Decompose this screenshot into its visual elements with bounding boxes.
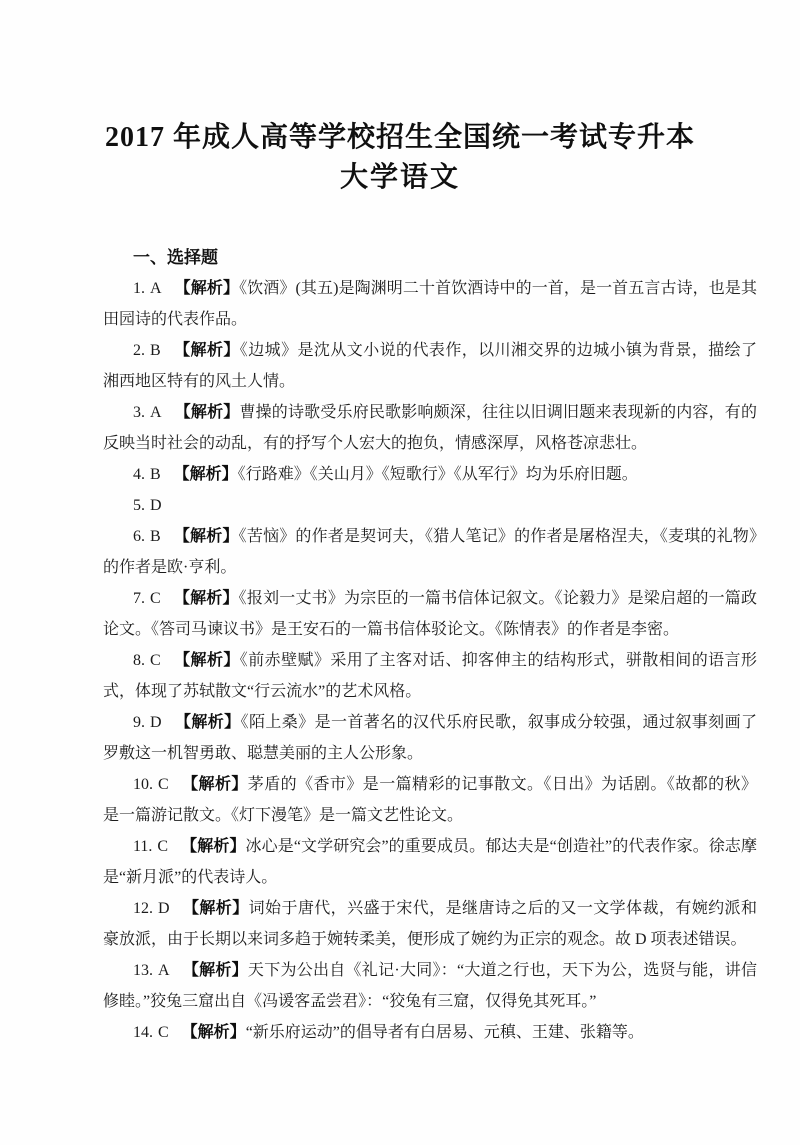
item-answer: C xyxy=(157,838,168,855)
item-number: 8. xyxy=(133,652,145,669)
item-answer: B xyxy=(150,528,161,545)
item-answer: C xyxy=(158,776,169,793)
analysis-label: 【解析】 xyxy=(183,962,248,979)
answer-item: 7.C【解析】《报刘一丈书》为宗臣的一篇书信体记叙文。《论毅力》是梁启超的一篇政… xyxy=(103,583,757,645)
analysis-label: 【解析】 xyxy=(175,404,240,421)
answer-item: 14.C【解析】“新乐府运动”的倡导者有白居易、元稹、王建、张籍等。 xyxy=(103,1017,757,1048)
item-number: 10. xyxy=(133,776,153,793)
document-body: 一、选择题 1.A【解析】《饮酒》(其五)是陶渊明二十首饮酒诗中的一首，是一首五… xyxy=(103,242,757,1048)
scanned-document-page: 2017 年成人高等学校招生全国统一考试专升本 大学语文 一、选择题 1.A【解… xyxy=(0,0,800,1145)
document-header: 2017 年成人高等学校招生全国统一考试专升本 大学语文 xyxy=(0,0,800,198)
analysis-label: 【解析】 xyxy=(182,776,248,793)
item-number: 11. xyxy=(133,838,152,855)
answer-item: 4.B【解析】《行路难》《关山月》《短歌行》《从军行》均为乐府旧题。 xyxy=(103,459,757,490)
answer-item: 1.A【解析】《饮酒》(其五)是陶渊明二十首饮酒诗中的一首，是一首五言古诗，也是… xyxy=(103,273,757,335)
item-answer: A xyxy=(150,280,162,297)
item-number: 13. xyxy=(133,962,153,979)
analysis-label: 【解析】 xyxy=(181,838,245,855)
item-number: 1. xyxy=(133,280,145,297)
answer-item: 2.B【解析】《边城》是沈从文小说的代表作，以川湘交界的边城小镇为背景，描绘了湘… xyxy=(103,335,757,397)
section-heading: 一、选择题 xyxy=(103,242,757,273)
answer-item: 13.A【解析】天下为公出自《礼记·大同》：“大道之行也，天下为公，选贤与能，讲… xyxy=(103,955,757,1017)
analysis-label: 【解析】 xyxy=(174,652,240,669)
item-answer: D xyxy=(150,714,162,731)
item-answer: B xyxy=(150,466,161,483)
answer-item: 12.D【解析】词始于唐代，兴盛于宋代，是继唐诗之后的又一文学体裁，有婉约派和豪… xyxy=(103,893,757,955)
item-number: 5. xyxy=(133,497,145,514)
item-number: 3. xyxy=(133,404,145,421)
item-number: 7. xyxy=(133,590,145,607)
answer-item: 9.D【解析】《陌上桑》是一首著名的汉代乐府民歌，叙事成分较强，通过叙事刻画了罗… xyxy=(103,707,757,769)
analysis-label: 【解析】 xyxy=(174,466,238,483)
item-number: 6. xyxy=(133,528,145,545)
item-answer: C xyxy=(150,590,161,607)
document-title-line2: 大学语文 xyxy=(0,158,800,198)
item-explanation: “新乐府运动”的倡导者有白居易、元稹、王建、张籍等。 xyxy=(246,1024,644,1041)
answer-item: 6.B【解析】《苦恼》的作者是契诃夫，《猎人笔记》的作者是屠格涅夫，《麦琪的礼物… xyxy=(103,521,757,583)
answer-list: 1.A【解析】《饮酒》(其五)是陶渊明二十首饮酒诗中的一首，是一首五言古诗，也是… xyxy=(103,273,757,1048)
item-number: 12. xyxy=(133,900,153,917)
answer-item: 11.C【解析】冰心是“文学研究会”的重要成员。郁达夫是“创造社”的代表作家。徐… xyxy=(103,831,757,893)
analysis-label: 【解析】 xyxy=(175,280,240,297)
item-number: 9. xyxy=(133,714,145,731)
analysis-label: 【解析】 xyxy=(174,528,239,545)
analysis-label: 【解析】 xyxy=(183,900,249,917)
document-title-line1: 2017 年成人高等学校招生全国统一考试专升本 xyxy=(0,118,800,158)
item-answer: C xyxy=(150,652,161,669)
item-number: 4. xyxy=(133,466,145,483)
item-answer: A xyxy=(150,404,162,421)
analysis-label: 【解析】 xyxy=(182,1024,246,1041)
item-answer: A xyxy=(158,962,170,979)
item-explanation: 《行路难》《关山月》《短歌行》《从军行》均为乐府旧题。 xyxy=(238,466,638,483)
answer-item: 10.C【解析】茅盾的《香市》是一篇精彩的记事散文。《日出》为话剧。《故都的秋》… xyxy=(103,769,757,831)
item-number: 14. xyxy=(133,1024,153,1041)
item-number: 2. xyxy=(133,342,145,359)
answer-item: 8.C【解析】《前赤壁赋》采用了主客对话、抑客伸主的结构形式，骈散相间的语言形式… xyxy=(103,645,757,707)
analysis-label: 【解析】 xyxy=(174,342,240,359)
item-answer: B xyxy=(150,342,161,359)
answer-item: 5.D xyxy=(103,490,757,521)
answer-item: 3.A【解析】曹操的诗歌受乐府民歌影响颇深，往往以旧调旧题来表现新的内容，有的反… xyxy=(103,397,757,459)
item-answer: D xyxy=(150,497,162,514)
analysis-label: 【解析】 xyxy=(175,714,241,731)
item-answer: D xyxy=(158,900,170,917)
item-answer: C xyxy=(158,1024,169,1041)
analysis-label: 【解析】 xyxy=(174,590,239,607)
